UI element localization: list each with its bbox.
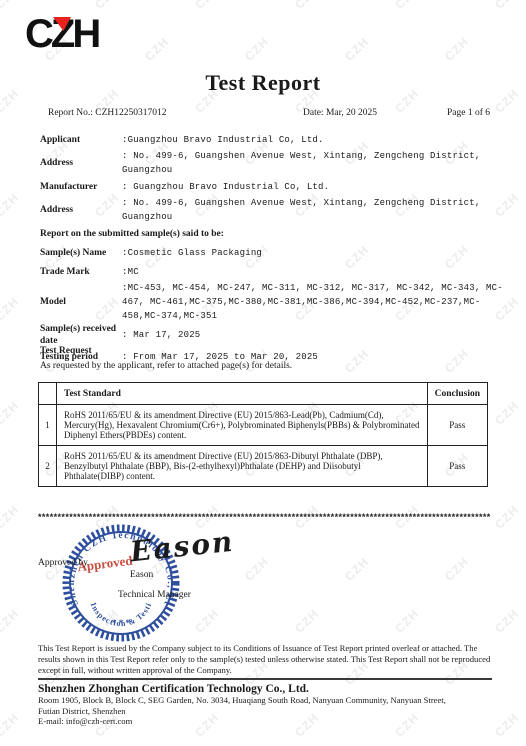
field-label: Model — [40, 296, 122, 308]
footer-address-line2: Futian District, Shenzhen — [38, 706, 492, 717]
watermark-text: CZH — [0, 294, 22, 323]
test-request-label: Test Request — [40, 344, 490, 359]
watermark-text: CZH — [0, 710, 22, 739]
report-footer: This Test Report is issued by the Compan… — [38, 643, 492, 727]
watermark-text: CZH — [0, 398, 22, 427]
approval-section: Shenzhen CZH Technology Co., Ltd. Inspec… — [38, 522, 488, 642]
field-trade-mark: Trade Mark :MC — [40, 262, 512, 281]
submitted-sample-note: Report on the submitted sample(s) said t… — [40, 224, 512, 243]
footer-company-name: Shenzhen Zhonghan Certification Technolo… — [38, 683, 492, 695]
footer-divider — [38, 678, 492, 680]
row-standard: RoHS 2011/65/EU & its amendment Directiv… — [57, 446, 428, 487]
row-conclusion: Pass — [427, 405, 487, 446]
field-model: Model :MC-453, MC-454, MC-247, MC-311, M… — [40, 281, 512, 323]
field-value: :MC-453, MC-454, MC-247, MC-311, MC-312,… — [122, 281, 512, 323]
watermark-text: CZH — [0, 606, 22, 635]
watermark-text: CZH — [442, 34, 471, 63]
field-manufacturer-address: Address : No. 499-6, Guangshen Avenue We… — [40, 196, 512, 224]
field-value: : No. 499-6, Guangshen Avenue West, Xint… — [122, 149, 512, 177]
page-title: Test Report — [0, 70, 526, 96]
field-applicant: Applicant :Guangzhou Bravo Industrial Co… — [40, 130, 512, 149]
field-label: Applicant — [40, 134, 122, 146]
test-request-note: As requested by the applicant, refer to … — [40, 359, 490, 373]
watermark-text: CZH — [492, 606, 521, 635]
field-label: Manufacturer — [40, 181, 122, 193]
footer-email: E-mail: info@czh-cert.com — [38, 716, 492, 727]
field-value: : Guangzhou Bravo Industrial Co, Ltd. — [122, 180, 512, 194]
watermark-text: CZH — [92, 0, 121, 12]
page-indicator: Page 1 of 6 — [447, 108, 490, 118]
field-manufacturer: Manufacturer : Guangzhou Bravo Industria… — [40, 177, 512, 196]
header-conclusion: Conclusion — [427, 383, 487, 405]
approver-name: Eason — [130, 570, 153, 580]
approved-by-label: Approved by — [38, 558, 88, 568]
test-request-section: Test Request As requested by the applica… — [40, 344, 490, 373]
watermark-text: CZH — [0, 502, 22, 531]
report-meta-row: Report No.: CZH12250317012 Date: Mar, 20… — [48, 108, 490, 118]
field-label: Address — [40, 157, 122, 169]
report-date: Date: Mar, 20 2025 — [303, 108, 377, 118]
footer-address-line1: Room 1905, Block B, Block C, SEG Garden,… — [38, 695, 492, 706]
field-value: :MC — [122, 265, 512, 279]
watermark-text: CZH — [0, 190, 22, 219]
test-report-page: CZHCZHCZHCZHCZHCZHCZHCZHCZHCZHCZHCZHCZHC… — [0, 0, 526, 746]
header-no — [39, 383, 57, 405]
field-value: : Mar 17, 2025 — [122, 328, 512, 342]
watermark-text: CZH — [342, 34, 371, 63]
watermark-text: CZH — [492, 502, 521, 531]
table-header-row: Test Standard Conclusion — [39, 383, 488, 405]
table-row: 2 RoHS 2011/65/EU & its amendment Direct… — [39, 446, 488, 487]
approver-title: Technical Manager — [118, 590, 191, 600]
field-value: :Cosmetic Glass Packaging — [122, 246, 512, 260]
field-applicant-address: Address : No. 499-6, Guangshen Avenue We… — [40, 149, 512, 177]
row-number: 2 — [39, 446, 57, 487]
watermark-text: CZH — [492, 0, 521, 12]
watermark-text: CZH — [492, 710, 521, 739]
table-row: 1 RoHS 2011/65/EU & its amendment Direct… — [39, 405, 488, 446]
row-number: 1 — [39, 405, 57, 446]
asterisk-separator: ****************************************… — [38, 512, 490, 522]
field-label: Sample(s) Name — [40, 247, 122, 259]
report-number: Report No.: CZH12250317012 — [48, 108, 166, 118]
row-standard: RoHS 2011/65/EU & its amendment Directiv… — [57, 405, 428, 446]
report-info-section: Applicant :Guangzhou Bravo Industrial Co… — [40, 130, 512, 366]
field-value: :Guangzhou Bravo Industrial Co, Ltd. — [122, 133, 512, 147]
field-sample-name: Sample(s) Name :Cosmetic Glass Packaging — [40, 243, 512, 262]
watermark-text: CZH — [392, 0, 421, 12]
watermark-text: CZH — [0, 0, 22, 12]
company-logo: CZH — [25, 12, 125, 58]
header-test-standard: Test Standard — [57, 383, 428, 405]
seal-stars: * * * — [112, 618, 131, 628]
watermark-text: CZH — [292, 0, 321, 12]
watermark-text: CZH — [142, 34, 171, 63]
field-label: Trade Mark — [40, 266, 122, 278]
test-standard-table: Test Standard Conclusion 1 RoHS 2011/65/… — [38, 382, 488, 487]
watermark-text: CZH — [242, 34, 271, 63]
field-value: : No. 499-6, Guangshen Avenue West, Xint… — [122, 196, 512, 224]
watermark-text: CZH — [192, 0, 221, 12]
footer-disclaimer: This Test Report is issued by the Compan… — [38, 643, 492, 675]
field-label: Address — [40, 204, 122, 216]
row-conclusion: Pass — [427, 446, 487, 487]
watermark-text: CZH — [492, 398, 521, 427]
